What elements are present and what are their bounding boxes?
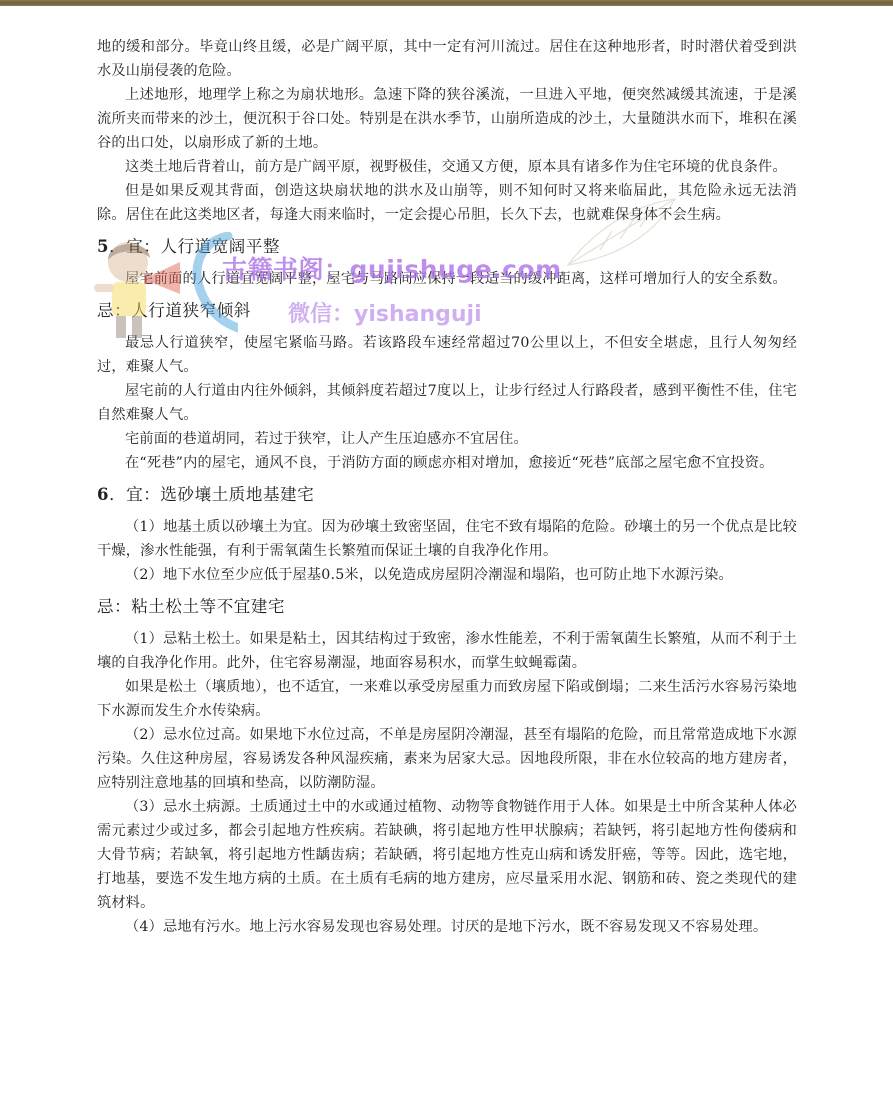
paragraph: 上述地形，地理学上称之为扇状地形。急速下降的狭谷溪流，一旦进入平地，便突然减缓其… <box>97 83 797 155</box>
paragraph: （1）地基土质以砂壤土为宜。因为砂壤土致密坚固，住宅不致有塌陷的危险。砂壤土的另… <box>97 515 797 563</box>
heading-number: 5 <box>97 237 109 256</box>
heading-separator: ． <box>109 485 126 504</box>
paragraph: 但是如果反观其背面，创造这块扇状地的洪水及山崩等，则不知何时又将来临届此，其危险… <box>97 179 797 227</box>
paragraph: 屋宅前的人行道由内往外倾斜，其倾斜度若超过7度以上，让步行经过人行路段者，感到平… <box>97 379 797 427</box>
document-page: 地的缓和部分。毕竟山终且缓，必是广阔平原，其中一定有河川流过。居住在这种地形者，… <box>97 35 797 939</box>
paragraph: 地的缓和部分。毕竟山终且缓，必是广阔平原，其中一定有河川流过。居住在这种地形者，… <box>97 35 797 83</box>
paragraph: 如果是松土（壤质地），也不适宜，一来难以承受房屋重力而致房屋下陷或倒塌；二来生活… <box>97 675 797 723</box>
section-heading-avoid-narrow-sidewalk: 忌：人行道狭窄倾斜 <box>97 299 797 323</box>
top-decorative-band <box>0 0 893 6</box>
paragraph: （1）忌粘土松土。如果是粘土，因其结构过于致密，渗水性能差，不利于需氧菌生长繁殖… <box>97 627 797 675</box>
paragraph: （2）忌水位过高。如果地下水位过高，不单是房屋阴冷潮湿，甚至有塌陷的危险，而且常… <box>97 723 797 795</box>
heading-number: 6 <box>97 485 109 504</box>
section-heading-5: 5．宜：人行道宽阔平整 <box>97 235 797 259</box>
paragraph: 这类土地后背着山，前方是广阔平原，视野极佳，交通又方便，原本具有诸多作为住宅环境… <box>97 155 797 179</box>
heading-text: 宜：人行道宽阔平整 <box>126 237 280 256</box>
heading-text: 宜：选砂壤土质地基建宅 <box>126 485 314 504</box>
heading-text: 忌：人行道狭窄倾斜 <box>97 301 251 320</box>
paragraph: （2）地下水位至少应低于屋基0.5米，以免造成房屋阴冷潮湿和塌陷，也可防止地下水… <box>97 563 797 587</box>
paragraph: （4）忌地有污水。地上污水容易发现也容易处理。讨厌的是地下污水，既不容易发现又不… <box>97 915 797 939</box>
heading-text: 忌：粘土松土等不宜建宅 <box>97 597 285 616</box>
paragraph: 在“死巷”内的屋宅，通风不良，于消防方面的顾虑亦相对增加，愈接近“死巷”底部之屋… <box>97 451 797 475</box>
paragraph: 最忌人行道狭窄，使屋宅紧临马路。若该路段车速经常超过70公里以上，不但安全堪虑，… <box>97 331 797 379</box>
section-heading-avoid-clay-loose-soil: 忌：粘土松土等不宜建宅 <box>97 595 797 619</box>
paragraph: 宅前面的巷道胡同，若过于狭窄，让人产生压迫感亦不宜居住。 <box>97 427 797 451</box>
heading-separator: ． <box>109 237 126 256</box>
paragraph: 屋宅前面的人行道宜宽阔平整，屋宅与马路间应保持一段适当的缓冲距离，这样可增加行人… <box>97 267 797 291</box>
section-heading-6: 6．宜：选砂壤土质地基建宅 <box>97 483 797 507</box>
paragraph: （3）忌水土病源。土质通过土中的水或通过植物、动物等食物链作用于人体。如果是土中… <box>97 795 797 915</box>
